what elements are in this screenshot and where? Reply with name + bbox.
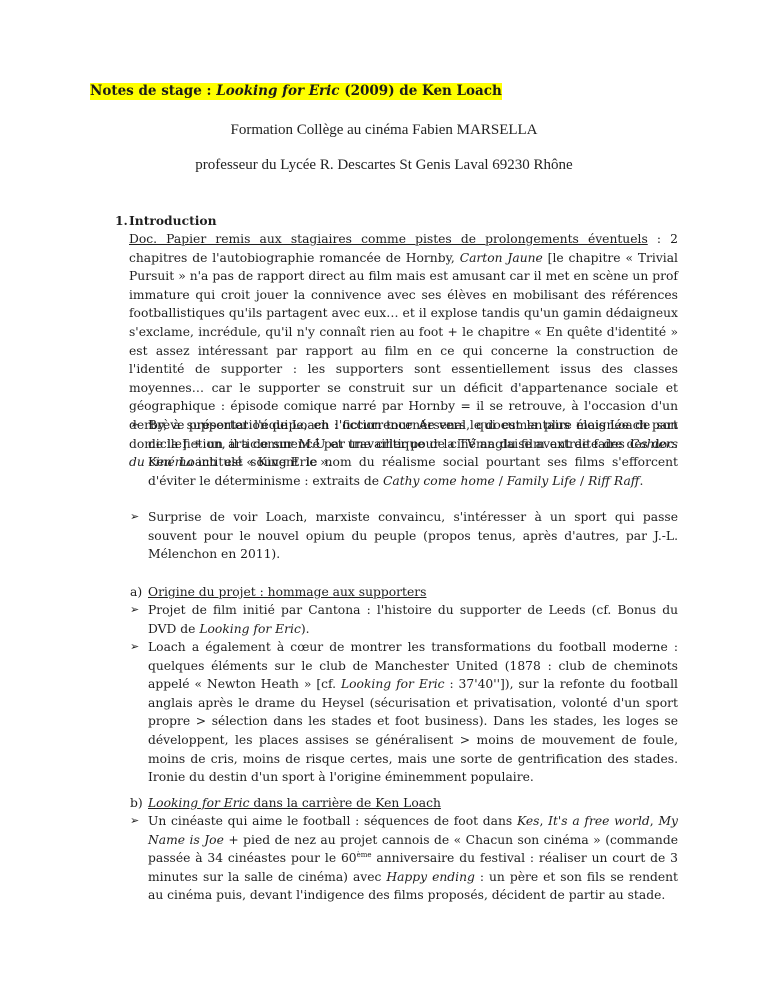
subsection-title: Origine du projet : hommage aux supporte… [148,583,426,602]
arrow-bullet-icon: ➢ [130,638,139,657]
document-page: Notes de stage : Looking for Eric (2009)… [0,0,768,994]
section-title: Introduction [129,212,217,231]
arrow-bullet-icon: ➢ [130,508,139,527]
affiliation-line: professeur du Lycée R. Descartes St Geni… [0,156,768,174]
arrow-bullet-icon: ➢ [130,416,139,435]
document-title: Notes de stage : Looking for Eric (2009)… [90,83,502,100]
intro-underlined: Doc. Papier remis aux stagiaires comme p… [129,232,648,246]
subsection-title: Looking for Eric dans la carrière de Ken… [148,794,441,813]
arrow-bullet-icon: ➢ [130,812,139,831]
author-line: Formation Collège au cinéma Fabien MARSE… [0,121,768,139]
subsection-label: a) [130,583,142,602]
arrow-bullet-icon: ➢ [130,601,139,620]
title-film: Looking for Eric [216,83,339,99]
section-number: 1. [115,212,128,231]
subsection-label: b) [130,794,143,813]
title-highlight: Notes de stage : Looking for Eric (2009)… [90,83,502,100]
